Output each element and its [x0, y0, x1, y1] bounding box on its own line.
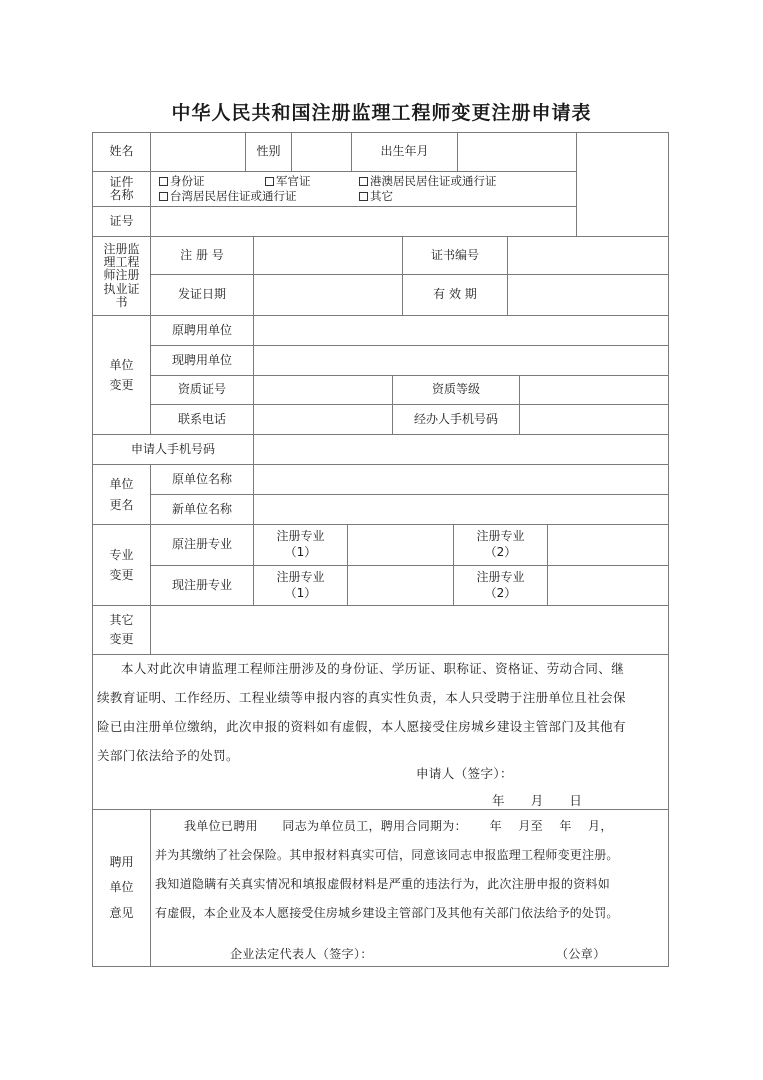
certificate-section-label: 注册监 理工程 师注册 执业证 书: [92, 236, 151, 316]
new-spec1-label: 注册专业 （1）: [253, 565, 348, 606]
other-change-field[interactable]: [150, 605, 669, 655]
declaration-line-3: 险已由注册单位缴纳，此次申报的资料如有虚假，本人愿接受住房城乡建设主管部门及其他…: [97, 712, 626, 741]
issue-date-field[interactable]: [253, 274, 403, 316]
employer-opinion-line-1: 我单位已聘用 同志为单位员工，聘用合同期为： 年 月至 年 月，: [184, 812, 613, 841]
new-name-field[interactable]: [253, 494, 669, 525]
gender-field[interactable]: [291, 132, 352, 172]
applicant-phone-field[interactable]: [253, 434, 669, 465]
orig-spec1-field[interactable]: [347, 524, 454, 566]
cert-no-label: 证书编号: [402, 236, 508, 275]
orig-name-field[interactable]: [253, 464, 669, 495]
declaration-line-2: 续教育证明、工作经历、工程业绩等申报内容的真实性负责，本人只受聘于注册单位且社会…: [97, 683, 626, 712]
orig-unit-field[interactable]: [253, 315, 669, 346]
qual-level-field[interactable]: [519, 375, 669, 405]
declaration-line-1: 本人对此次申请监理工程师注册涉及的身份证、学历证、职称证、资格证、劳动合同、继: [121, 654, 624, 683]
handler-phone-field[interactable]: [519, 404, 669, 435]
orig-spec2-label: 注册专业 （2）: [453, 524, 548, 566]
checkbox-icon[interactable]: [159, 192, 168, 201]
unit-change-section-label: 单位 变更: [92, 315, 151, 435]
checkbox-icon[interactable]: [159, 177, 168, 186]
orig-spec1-label: 注册专业 （1）: [253, 524, 348, 566]
id-type-label: 证件 名称: [92, 171, 151, 207]
other-change-section-label: 其它 变更: [92, 605, 151, 655]
checkbox-icon[interactable]: [359, 192, 368, 201]
checkbox-icon[interactable]: [359, 177, 368, 186]
issue-date-label: 发证日期: [150, 274, 254, 316]
reg-no-field[interactable]: [253, 236, 403, 275]
new-spec2-label: 注册专业 （2）: [453, 565, 548, 606]
checkbox-icon[interactable]: [265, 177, 274, 186]
gender-label: 性别: [245, 132, 292, 172]
cert-no-field[interactable]: [507, 236, 669, 275]
id-type-option-idcard[interactable]: 身份证: [159, 174, 205, 189]
id-type-option-officer[interactable]: 军官证: [265, 174, 311, 189]
unit-rename-section-label: 单位 更名: [92, 464, 151, 525]
id-type-options: 身份证 军官证 港澳居民居住证或通行证 台湾居民居住证或通行证 其它: [150, 171, 577, 207]
new-spec2-field[interactable]: [547, 565, 669, 606]
new-specialty-label: 现注册专业: [150, 565, 254, 606]
orig-specialty-label: 原注册专业: [150, 524, 254, 566]
id-number-label: 证号: [92, 206, 151, 237]
orig-spec2-field[interactable]: [547, 524, 669, 566]
name-field[interactable]: [150, 132, 246, 172]
employer-opinion-line-3: 我知道隐瞒有关真实情况和填报虚假材料是严重的违法行为，此次注册申报的资料如: [155, 870, 610, 899]
employer-opinion-section-label: 聘用 单位 意见: [92, 809, 151, 967]
validity-field[interactable]: [507, 274, 669, 316]
form-title: 中华人民共和国注册监理工程师变更注册申请表: [0, 98, 763, 125]
employer-opinion-line-2: 并为其缴纳了社会保险。其申报材料真实可信，同意该同志申报监理工程师变更注册。: [155, 841, 619, 870]
new-name-label: 新单位名称: [150, 494, 254, 525]
new-unit-field[interactable]: [253, 345, 669, 376]
birth-label: 出生年月: [351, 132, 458, 172]
id-type-option-hkmacau[interactable]: 港澳居民居住证或通行证: [359, 174, 497, 189]
qual-level-label: 资质等级: [392, 375, 520, 405]
birth-field[interactable]: [457, 132, 577, 172]
photo-area[interactable]: [576, 132, 669, 237]
applicant-phone-label: 申请人手机号码: [92, 434, 254, 465]
phone-label: 联系电话: [150, 404, 254, 435]
qual-no-label: 资质证号: [150, 375, 254, 405]
qual-no-field[interactable]: [253, 375, 393, 405]
applicant-signature-label[interactable]: 申请人（签字）：: [416, 759, 513, 788]
legal-rep-signature-label[interactable]: 企业法定代表人（签字）：: [230, 940, 373, 969]
name-label: 姓名: [92, 132, 151, 172]
handler-phone-label: 经办人手机号码: [392, 404, 520, 435]
new-spec1-field[interactable]: [347, 565, 454, 606]
id-type-option-taiwan[interactable]: 台湾居民居住证或通行证: [159, 189, 297, 204]
orig-name-label: 原单位名称: [150, 464, 254, 495]
declaration-line-4: 关部门依法给予的处罚。: [97, 741, 239, 770]
company-seal-label[interactable]: （公章）: [556, 940, 606, 969]
id-type-option-other[interactable]: 其它: [359, 189, 393, 204]
id-number-field[interactable]: [150, 206, 577, 237]
orig-unit-label: 原聘用单位: [150, 315, 254, 346]
phone-field[interactable]: [253, 404, 393, 435]
id-type-label-line2: 名称: [109, 189, 133, 202]
reg-no-label: 注 册 号: [150, 236, 254, 275]
validity-label: 有 效 期: [402, 274, 508, 316]
employer-opinion-line-4: 有虚假，本企业及本人愿接受住房城乡建设主管部门及其他有关部门依法给予的处罚。: [155, 899, 619, 928]
new-unit-label: 现聘用单位: [150, 345, 254, 376]
specialty-change-section-label: 专业 变更: [92, 524, 151, 606]
